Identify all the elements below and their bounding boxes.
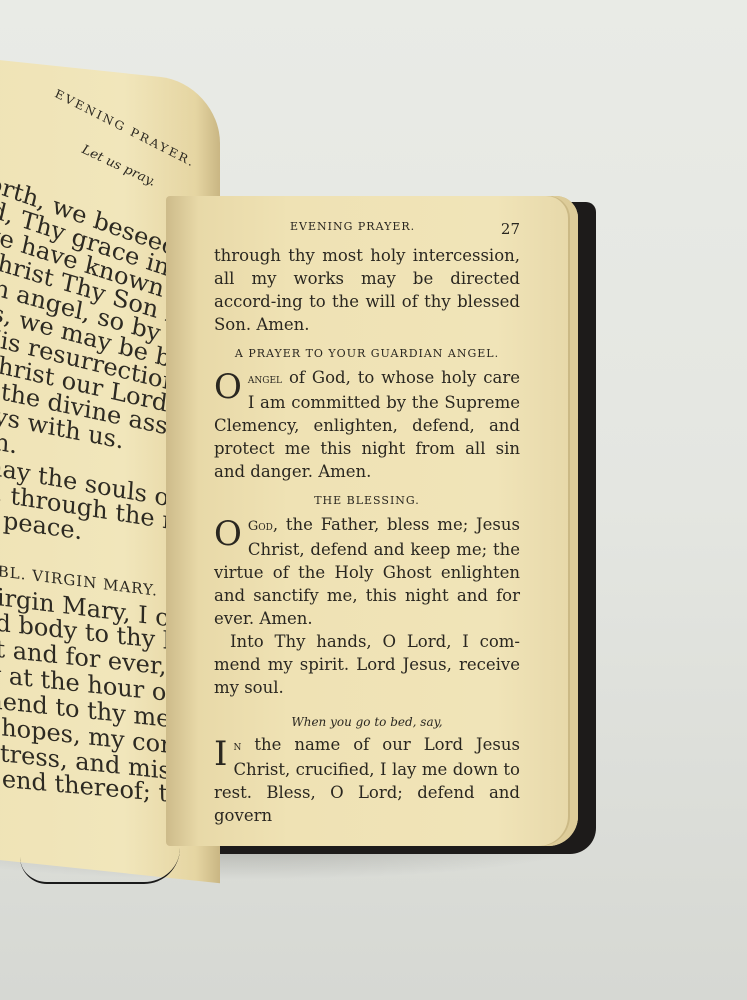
bedtime-prayer: In the name of our Lord Jesus Christ, cr… <box>214 733 520 827</box>
bookmark-thread <box>20 848 180 884</box>
dropcap: O <box>214 517 242 551</box>
intro-paragraph: through thy most holy intercession, all … <box>214 244 520 336</box>
commend-prayer: Into Thy hands, O Lord, I com-mend my sp… <box>214 630 520 699</box>
dropcap: O <box>214 370 242 404</box>
bedtime-instruction: When you go to bed, say, <box>214 715 520 729</box>
blessing-prayer: OGod, the Father, bless me; Jesus Christ… <box>214 513 520 630</box>
photo-scene: EVENING PRAYER. Let us pray. forth, we b… <box>0 0 747 1000</box>
dropcap: I <box>214 737 227 771</box>
page-number: 27 <box>501 220 520 238</box>
blessing-title: THE BLESSING. <box>214 493 520 509</box>
guardian-angel-title: A PRAYER TO YOUR GUARDIAN ANGEL. <box>214 346 520 362</box>
running-header: EVENING PRAYER. 27 <box>290 220 520 238</box>
header-title: EVENING PRAYER. <box>290 220 415 238</box>
left-page-header: EVENING PRAYER. <box>53 87 197 170</box>
right-page-text: EVENING PRAYER. 27 through thy most holy… <box>180 214 520 827</box>
guardian-angel-prayer: Oangel of God, to whose holy care I am c… <box>214 366 520 483</box>
